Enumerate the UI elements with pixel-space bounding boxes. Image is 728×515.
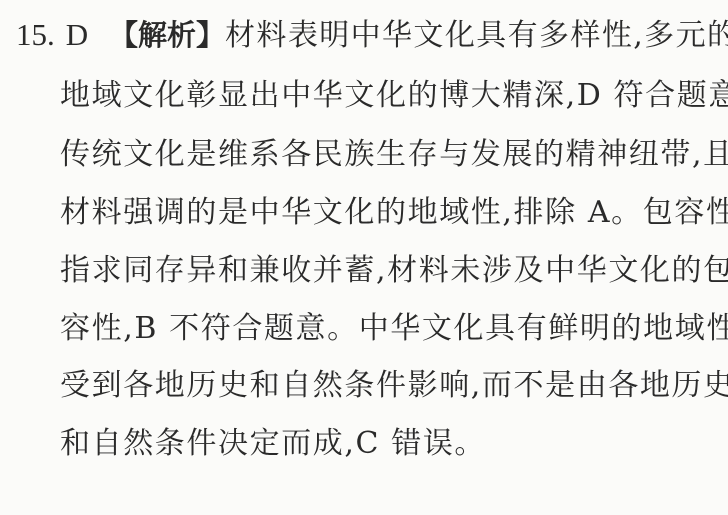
explanation-line-1: 15. D 【解析】材料表明中华文化具有多样性,多元的 <box>16 15 728 55</box>
explanation-text: 材料表明中华文化具有多样性,多元的 <box>225 18 728 53</box>
explanation-line-7: 受到各地历史和自然条件影响,而不是由各地历史 <box>60 366 728 406</box>
explanation-page: 15. D 【解析】材料表明中华文化具有多样性,多元的 地域文化彰显出中华文化的… <box>0 0 728 515</box>
answer-letter: D <box>66 17 88 52</box>
explanation-line-3: 传统文化是维系各民族生存与发展的精神纽带,且 <box>60 135 728 175</box>
analysis-tag: 【解析】 <box>109 18 225 52</box>
question-number: 15. <box>16 17 55 52</box>
explanation-line-8: 和自然条件决定而成,C 错误。 <box>60 424 486 464</box>
explanation-line-2: 地域文化彰显出中华文化的博大精深,D 符合题意。 <box>60 76 728 116</box>
explanation-line-6: 容性,B 不符合题意。中华文化具有鲜明的地域性, <box>60 309 728 349</box>
explanation-line-4: 材料强调的是中华文化的地域性,排除 A。包容性 <box>60 193 728 233</box>
explanation-line-5: 指求同存异和兼收并蓄,材料未涉及中华文化的包 <box>60 251 728 291</box>
